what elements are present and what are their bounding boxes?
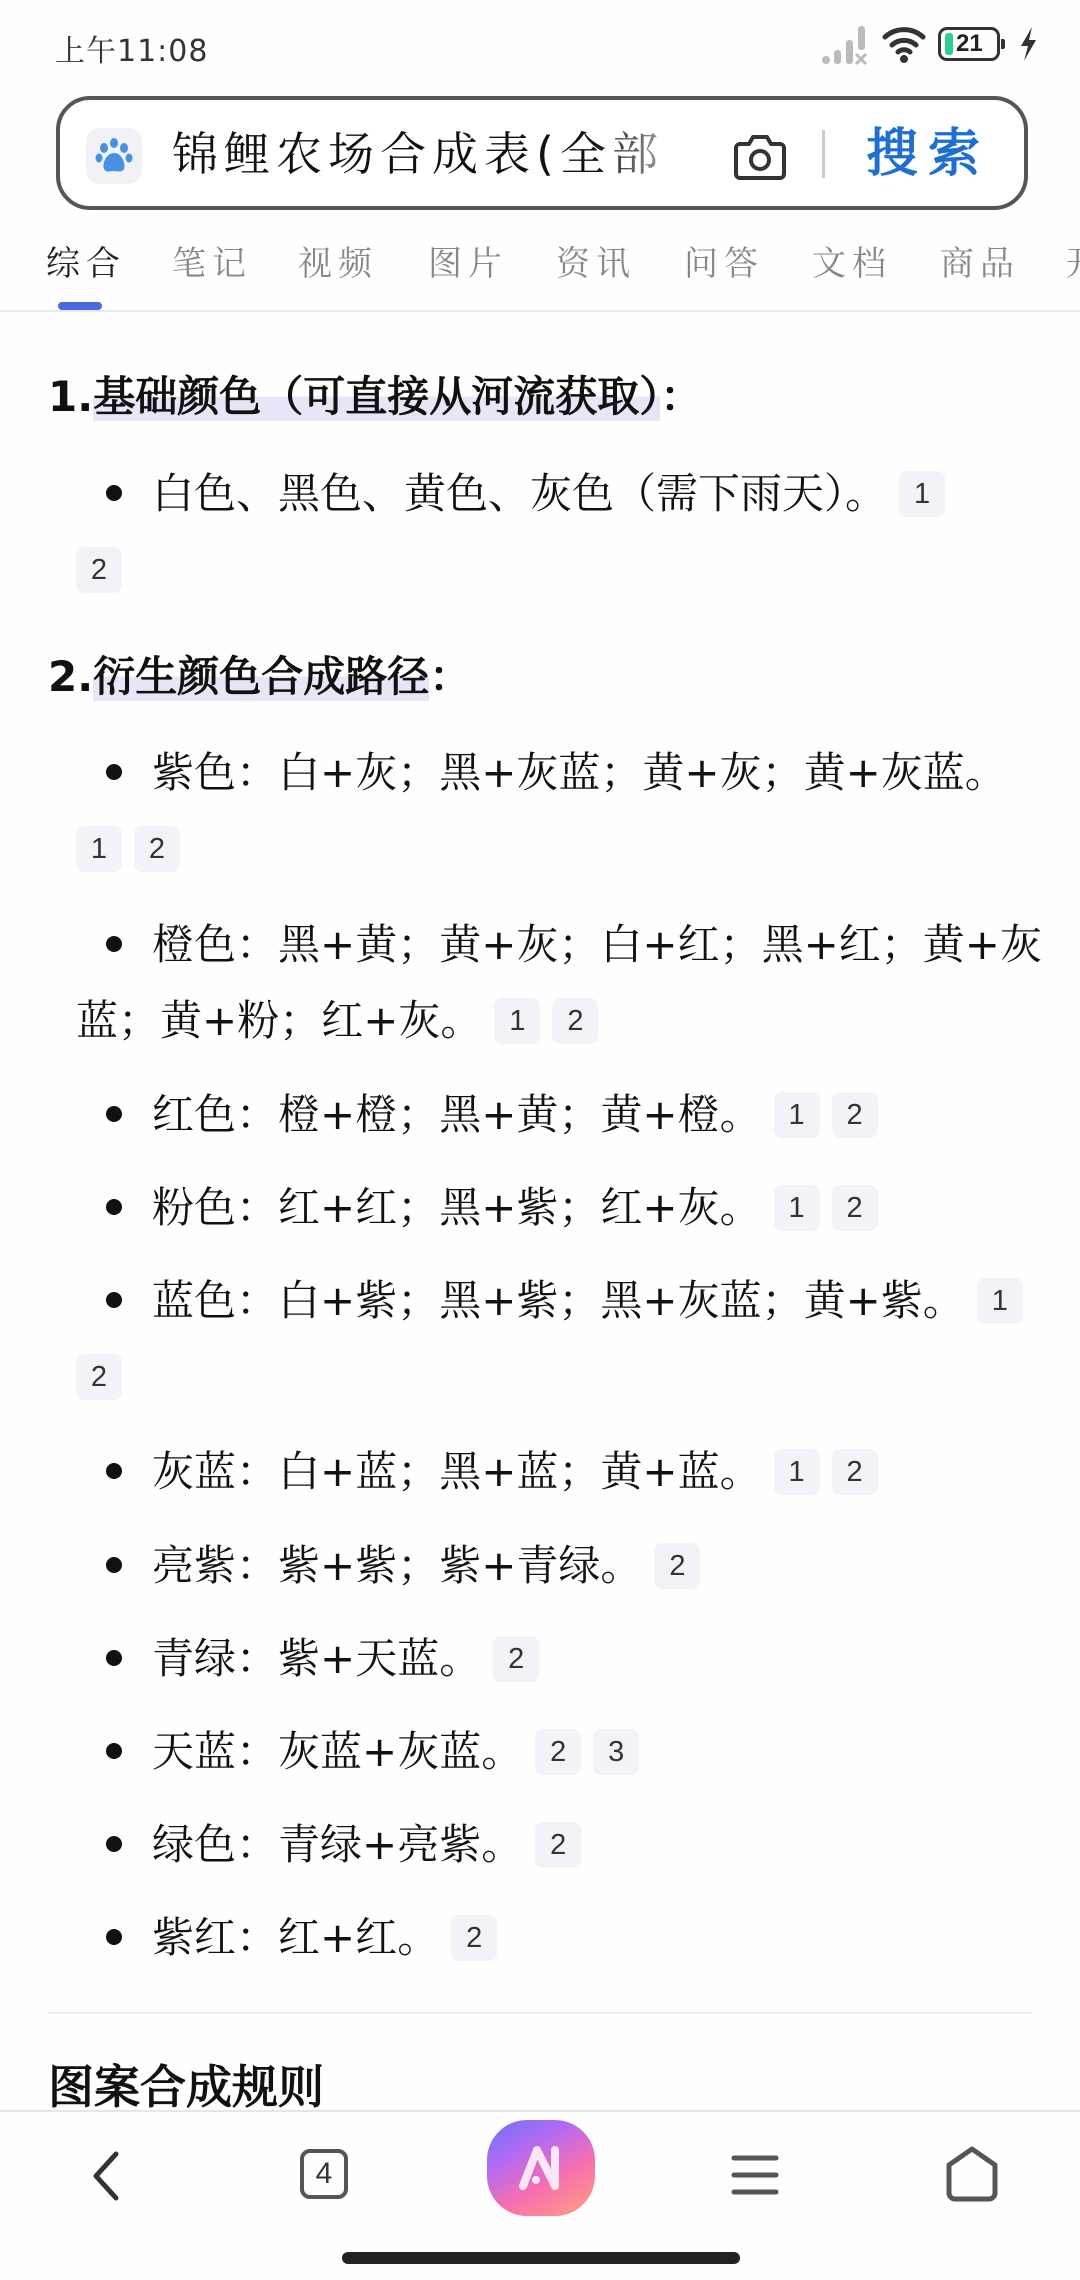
section-title: 基础颜色（可直接从河流获取） xyxy=(93,372,660,421)
list-item-gray-blue: 灰蓝：白+蓝；黑+蓝；黄+蓝。12 xyxy=(106,1434,1036,1510)
bullet xyxy=(106,485,122,501)
citation-2[interactable]: 2 xyxy=(134,826,180,872)
tab-videos[interactable]: 视频 xyxy=(298,236,378,285)
search-input[interactable]: 锦鲤农场合成表(全部 xyxy=(172,122,712,186)
tab-documents[interactable]: 文档 xyxy=(812,236,892,285)
active-tab-indicator xyxy=(58,302,102,310)
citation-2[interactable]: 2 xyxy=(76,1354,122,1400)
section-suffix: ： xyxy=(660,372,702,421)
bullet xyxy=(106,1650,122,1666)
signal-no-service-icon xyxy=(820,22,870,66)
search-bar: 锦鲤农场合成表(全部 搜索 xyxy=(56,96,1028,210)
list-item-pink: 粉色：红+红；黑+紫；红+灰。12 xyxy=(106,1170,1036,1246)
item-text: 红色：橙+橙；黑+黄；黄+橙。 xyxy=(152,1090,762,1139)
citation-1[interactable]: 1 xyxy=(774,1449,820,1495)
item-text: 粉色：红+红；黑+紫；红+灰。 xyxy=(152,1183,762,1232)
tab-comprehensive[interactable]: 综合 xyxy=(46,236,126,285)
tab-news[interactable]: 资讯 xyxy=(556,236,636,285)
bullet xyxy=(106,1106,122,1122)
bullet xyxy=(106,1743,122,1759)
home-icon[interactable] xyxy=(944,2145,1000,2203)
tab-notes[interactable]: 笔记 xyxy=(172,236,252,285)
bullet xyxy=(106,1292,122,1308)
battery-level-bar xyxy=(945,33,953,55)
bullet xyxy=(106,1557,122,1573)
bullet xyxy=(106,1929,122,1945)
list-item-orange: 橙色：黑+黄；黄+灰；白+红；黑+红；黄+灰 蓝；黄+粉；红+灰。12 xyxy=(106,907,1036,983)
list-item-red: 红色：橙+橙；黑+黄；黄+橙。12 xyxy=(106,1077,1036,1153)
citation-1[interactable]: 1 xyxy=(774,1092,820,1138)
status-bar: 上午11:08 21 xyxy=(0,0,1080,88)
battery-indicator: 21 xyxy=(938,27,1000,61)
citation-2[interactable]: 2 xyxy=(535,1822,581,1868)
citation-2[interactable]: 2 xyxy=(493,1636,539,1682)
menu-icon[interactable] xyxy=(730,2154,780,2196)
tab-more[interactable]: 开 xyxy=(1066,236,1080,285)
citation-2[interactable]: 2 xyxy=(832,1092,878,1138)
bullet xyxy=(106,764,122,780)
citation-2[interactable]: 2 xyxy=(654,1543,700,1589)
baidu-paw-icon[interactable] xyxy=(86,128,142,184)
item-text: 亮紫：紫+紫；紫+青绿。 xyxy=(152,1541,642,1590)
list-item-blue: 蓝色：白+紫；黑+紫；黑+灰蓝；黄+紫。1 2 xyxy=(106,1263,1036,1339)
citation-2[interactable]: 2 xyxy=(535,1729,581,1775)
tab-count-button[interactable]: 4 xyxy=(300,2149,348,2199)
citation-3[interactable]: 3 xyxy=(593,1729,639,1775)
citation-1[interactable]: 1 xyxy=(899,471,945,517)
bullet xyxy=(106,936,122,952)
battery-percentage: 21 xyxy=(956,30,983,58)
section-number: 1. xyxy=(48,372,93,421)
tab-images[interactable]: 图片 xyxy=(428,236,508,285)
list-item-bright-purple: 亮紫：紫+紫；紫+青绿。2 xyxy=(106,1528,1036,1604)
citation-2[interactable]: 2 xyxy=(832,1449,878,1495)
citation-2[interactable]: 2 xyxy=(451,1915,497,1961)
item-text-line1: 橙色：黑+黄；黄+灰；白+红；黑+红；黄+灰 xyxy=(106,907,1036,983)
item-text: 紫色：白+灰；黑+灰蓝；黄+灰；黄+灰蓝。 xyxy=(106,735,1036,811)
list-item-purple: 紫色：白+灰；黑+灰蓝；黄+灰；黄+灰蓝。 12 xyxy=(106,735,1036,811)
ai-assistant-button[interactable] xyxy=(487,2120,595,2216)
section-title: 衍生颜色合成路径 xyxy=(93,652,429,701)
citation-2[interactable]: 2 xyxy=(832,1185,878,1231)
item-text: 天蓝：灰蓝+灰蓝。 xyxy=(152,1727,523,1776)
bullet xyxy=(106,1199,122,1215)
gesture-home-bar[interactable] xyxy=(342,2252,740,2264)
list-item: 白色、黑色、黄色、灰色（需下雨天）。1 2 xyxy=(106,456,1036,532)
list-item-green: 绿色：青绿+亮紫。2 xyxy=(106,1807,1036,1883)
back-chevron-icon[interactable] xyxy=(88,2150,124,2202)
item-text: 绿色：青绿+亮紫。 xyxy=(152,1820,523,1869)
charging-bolt-icon xyxy=(1018,25,1038,63)
ai-assistant-icon xyxy=(515,2144,567,2192)
list-item-magenta: 紫红：红+红。2 xyxy=(106,1900,1036,1976)
citation-1[interactable]: 1 xyxy=(977,1278,1023,1324)
list-item-teal: 青绿：紫+天蓝。2 xyxy=(106,1621,1036,1697)
status-icons: 21 xyxy=(820,22,1038,66)
citation-2[interactable]: 2 xyxy=(76,547,122,593)
tab-products[interactable]: 商品 xyxy=(940,236,1020,285)
section-suffix: ： xyxy=(429,652,471,701)
search-divider xyxy=(822,130,825,178)
list-item-sky-blue: 天蓝：灰蓝+灰蓝。23 xyxy=(106,1714,1036,1790)
paw-icon xyxy=(94,136,134,176)
item-text: 蓝色：白+紫；黑+紫；黑+灰蓝；黄+紫。 xyxy=(152,1276,965,1325)
tab-qa[interactable]: 问答 xyxy=(684,236,764,285)
citation-1[interactable]: 1 xyxy=(774,1185,820,1231)
wifi-icon xyxy=(882,24,926,64)
bullet xyxy=(106,1463,122,1479)
camera-icon[interactable] xyxy=(732,130,788,182)
item-text: 青绿：紫+天蓝。 xyxy=(152,1634,481,1683)
section-divider xyxy=(48,2012,1032,2014)
section-heading-derived-colors: 2.衍生颜色合成路径： xyxy=(48,649,471,705)
answer-content: 1.基础颜色（可直接从河流获取）： 白色、黑色、黄色、灰色（需下雨天）。1 2 … xyxy=(0,312,1080,2110)
item-text: 灰蓝：白+蓝；黑+蓝；黄+蓝。 xyxy=(152,1447,762,1496)
citation-1[interactable]: 1 xyxy=(76,826,122,872)
search-category-tabs: 综合 笔记 视频 图片 资讯 问答 文档 商品 开 xyxy=(0,226,1080,312)
bullet xyxy=(106,1836,122,1852)
section-number: 2. xyxy=(48,652,93,701)
item-text: 白色、黑色、黄色、灰色（需下雨天）。 xyxy=(152,469,887,518)
citation-1[interactable]: 1 xyxy=(494,998,540,1044)
item-text: 紫红：红+红。 xyxy=(152,1913,439,1962)
pattern-rules-heading: 图案合成规则 xyxy=(48,2056,324,2110)
section-heading-basic-colors: 1.基础颜色（可直接从河流获取）： xyxy=(48,369,702,425)
search-button[interactable]: 搜索 xyxy=(866,118,990,190)
item-text-line2: 蓝；黄+粉；红+灰。 xyxy=(76,996,482,1045)
citation-2[interactable]: 2 xyxy=(552,998,598,1044)
status-time: 上午11:08 xyxy=(55,26,208,70)
